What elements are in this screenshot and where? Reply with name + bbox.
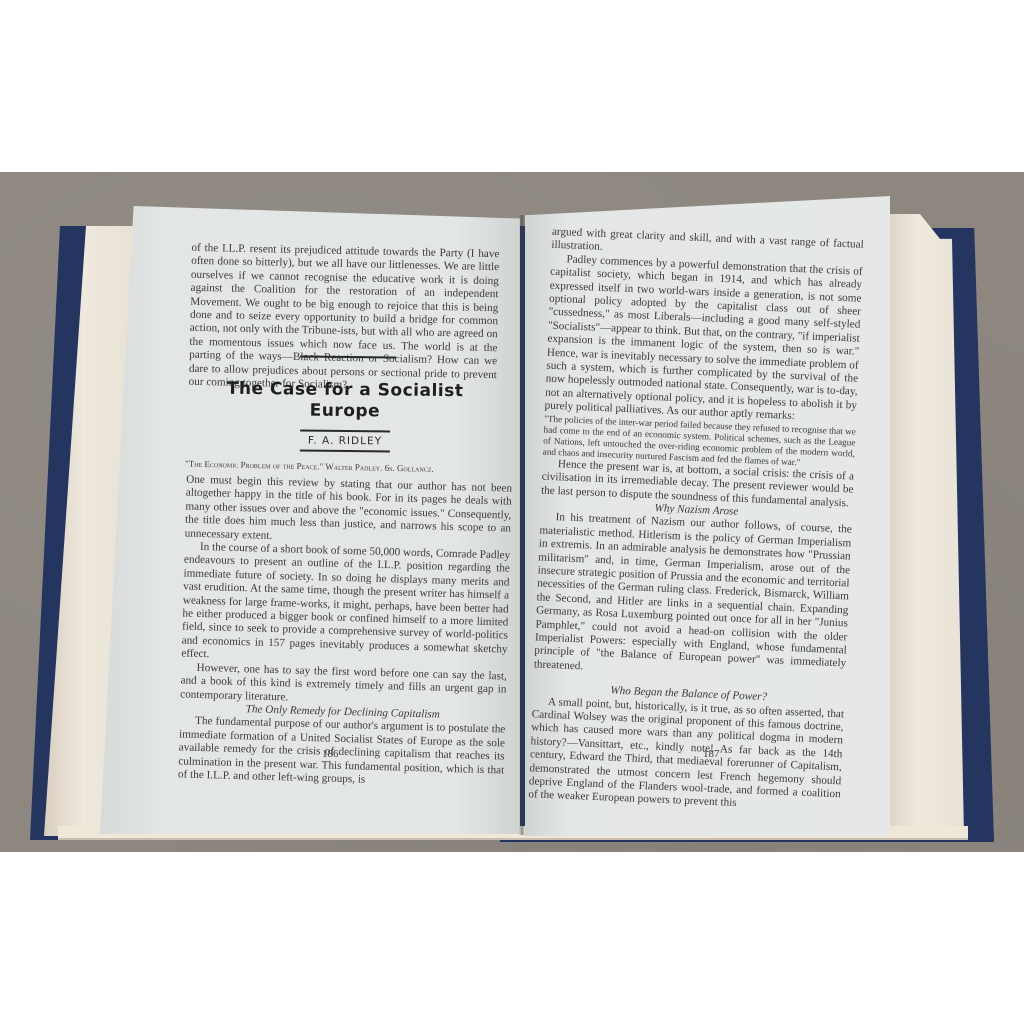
left-opening-paragraph: of the I.L.P. resent its prejudiced atti… <box>188 242 499 396</box>
paragraph: In the course of a short book of some 50… <box>181 541 510 671</box>
author-byline: F. A. RIDLEY <box>300 430 390 453</box>
paragraph: of the I.L.P. resent its prejudiced atti… <box>188 242 499 396</box>
paragraph: One must begin this review by stating th… <box>184 474 512 550</box>
article-title: The Case for a Socialist Europe <box>200 378 490 423</box>
page-number-left: 186 <box>322 748 339 760</box>
paragraph: In his treatment of Nazism our author fo… <box>534 511 852 685</box>
right-body: argued with great clarity and skill, and… <box>528 226 864 815</box>
paragraph: The fundamental purpose of our author's … <box>178 715 506 791</box>
paragraph: Padley commences by a powerful demonstra… <box>544 253 862 427</box>
book-gutter <box>519 215 525 835</box>
page-number-right: 187 <box>703 748 720 760</box>
paragraph: A small point, but, historically, is it … <box>528 695 844 815</box>
left-body: One must begin this review by stating th… <box>178 474 512 791</box>
